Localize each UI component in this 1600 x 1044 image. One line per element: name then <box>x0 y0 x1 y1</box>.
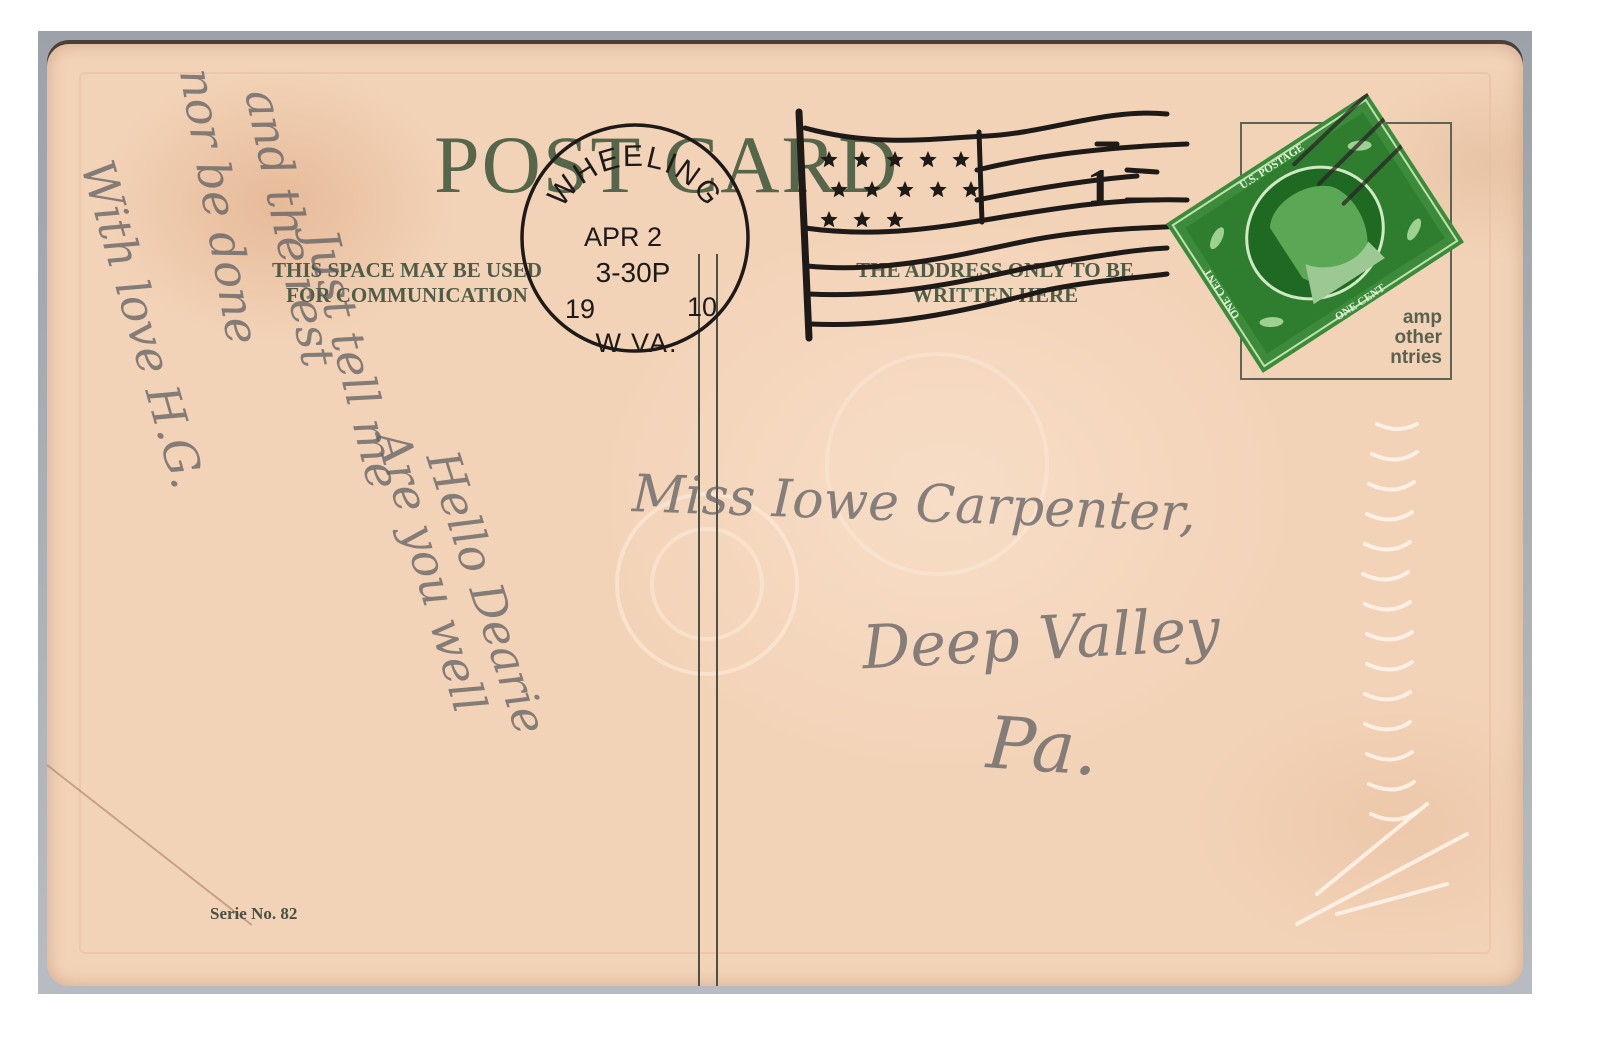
stamp-box-line1: amp <box>1390 308 1442 328</box>
postmark-year-right: 10 <box>687 292 717 322</box>
stamp-box-text: amp other ntries <box>1390 308 1442 368</box>
divider-line-right <box>716 254 718 986</box>
series-number: Serie No. 82 <box>210 904 297 924</box>
svg-text:WHEELING: WHEELING <box>542 140 729 213</box>
wheeling-postmark: WHEELING APR 2 3-30P 19 10 W.VA. <box>515 118 755 358</box>
flag-stars <box>820 151 979 227</box>
cancel-machine-number: 1 <box>1087 158 1112 214</box>
postmark-time: 3-30P <box>596 257 671 288</box>
postmark-city: WHEELING <box>542 140 729 213</box>
postmark-state: W.VA. <box>595 328 678 358</box>
address-line-3: Pa. <box>984 700 1101 792</box>
postcard: POST CARD THIS SPACE MAY BE USED FOR COM… <box>47 44 1523 986</box>
stamp-box-line2: other <box>1390 328 1442 348</box>
divider-line-left <box>698 254 700 986</box>
postmark-year-left: 19 <box>565 294 595 324</box>
flag-cancellation: 1 <box>787 108 1207 348</box>
stamp-box-line3: ntries <box>1390 348 1442 368</box>
postmark-date: APR 2 <box>584 222 662 252</box>
